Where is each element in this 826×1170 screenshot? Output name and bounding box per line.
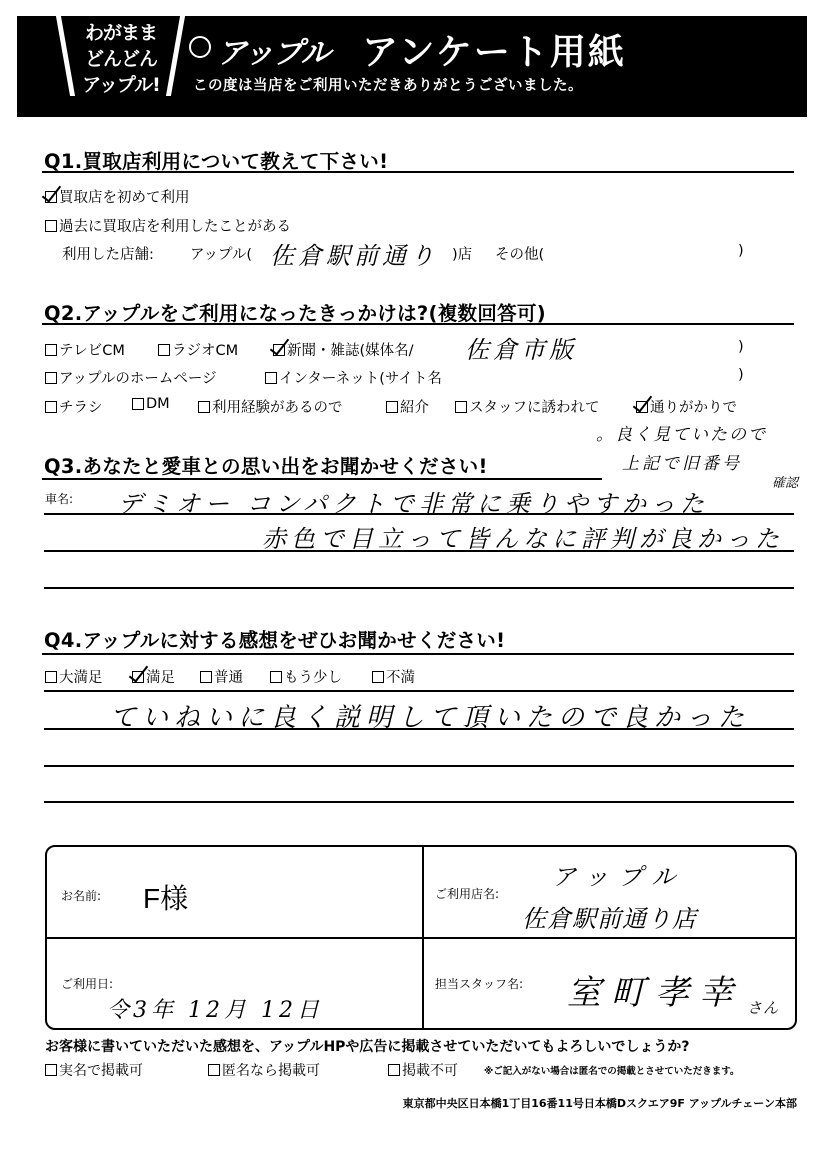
staff-label: 担当スタッフ名: [435, 975, 523, 992]
checkbox-checked[interactable] [132, 671, 144, 683]
q1-store-suffix: )店 [452, 243, 472, 264]
checkbox[interactable] [45, 372, 57, 384]
option-label: 普通 [214, 666, 243, 687]
option-label: スタッフに誘われて [469, 396, 600, 417]
footer-address: 東京都中央区日本橋1丁目16番11号日本橋Dスクエア9F アップルチェーン本部 [403, 1095, 797, 1111]
page-title: アンケート用紙 [362, 24, 626, 75]
q4-option-very-satisfied[interactable]: 大満足 [45, 666, 103, 687]
consent-option-no-publish[interactable]: 掲載不可 [388, 1060, 458, 1080]
handwritten-note-3: 確認 [772, 472, 798, 491]
q4-title: Q4.アップルに対する感想をぜひお聞かせください! [44, 625, 505, 653]
q2-option-internet[interactable]: インターネット(サイト名 [265, 367, 442, 388]
option-label: チラシ [59, 396, 103, 417]
option-label: 新聞・雑誌(媒体名/ [287, 339, 414, 360]
option-label: 利用経験があるので [212, 396, 343, 417]
q2-option-radio[interactable]: ラジオCM [158, 339, 238, 360]
q2-rule [42, 323, 794, 325]
staff-suffix: さん [747, 997, 779, 1018]
q2-option-newspaper[interactable]: 新聞・雑誌(媒体名/ [273, 339, 414, 360]
answer-rule [44, 690, 794, 692]
name-value[interactable]: F様 [143, 877, 188, 917]
checkbox[interactable] [200, 671, 212, 683]
handwritten-note-2: 上記で旧番号 [622, 449, 742, 474]
answer-rule [44, 765, 794, 767]
checkbox[interactable] [386, 401, 398, 413]
q4-option-somewhat[interactable]: もう少し [270, 666, 342, 687]
checkbox[interactable] [455, 401, 467, 413]
option-label: DM [146, 396, 170, 412]
q1-store-value[interactable]: 佐倉駅前通り [270, 236, 438, 271]
checkbox[interactable] [45, 671, 57, 683]
date-label: ご利用日: [61, 975, 113, 992]
checkbox-checked[interactable] [45, 191, 57, 203]
option-label: 掲載不可 [402, 1060, 458, 1080]
option-label: インターネット(サイト名 [279, 367, 442, 388]
checkbox[interactable] [132, 398, 144, 410]
option-label: 過去に買取店を利用したことがある [59, 215, 291, 236]
consent-option-anonymous[interactable]: 匿名なら掲載可 [208, 1060, 320, 1080]
answer-rule [44, 801, 794, 803]
checkbox-checked[interactable] [273, 344, 285, 356]
checkbox[interactable] [208, 1064, 220, 1076]
q4-option-dissatisfied[interactable]: 不満 [372, 666, 415, 687]
q2-option-passing-by[interactable]: 通りがかりで [636, 396, 737, 417]
option-label: 紹介 [400, 396, 429, 417]
store-label: ご利用店名: [435, 885, 499, 902]
q2-option-referral[interactable]: 紹介 [386, 396, 429, 417]
q1-store-prefix: アップル( [190, 243, 252, 264]
consent-question: お客様に書いていただいた感想を、アップルHPや広告に掲載させていただいてもよろし… [45, 1036, 690, 1056]
q1-other-label: その他( [495, 243, 544, 264]
checkbox[interactable] [265, 372, 277, 384]
slogan-line-3: アップル! [65, 74, 177, 96]
checkbox[interactable] [45, 401, 57, 413]
q3-answer-line-2[interactable]: 赤色で目立って皆んなに評判が良かった [262, 519, 784, 554]
option-label: 匿名なら掲載可 [222, 1060, 320, 1080]
header-banner: わがまま どんどん アップル! アップル アンケート用紙 この度は当店をご利用い… [17, 16, 807, 117]
q2-option-staff[interactable]: スタッフに誘われて [455, 396, 600, 417]
q1-option-used-before[interactable]: 過去に買取店を利用したことがある [45, 215, 291, 236]
logo-text: アップル [217, 28, 330, 72]
option-label: 通りがかりで [650, 396, 737, 417]
q3-car-label: 車名: [45, 490, 73, 507]
slogan-line-1: わがまま [65, 22, 177, 44]
checkbox[interactable] [45, 220, 57, 232]
store-value-line-2[interactable]: 佐倉駅前通り店 [522, 899, 697, 934]
checkbox[interactable] [270, 671, 282, 683]
checkbox[interactable] [198, 401, 210, 413]
q2-title: Q2.アップルをご利用になったきっかけは?(複数回答可) [44, 298, 546, 326]
option-label: 買取店を初めて利用 [59, 186, 190, 207]
q4-option-satisfied[interactable]: 満足 [132, 666, 175, 687]
checkbox-checked[interactable] [636, 401, 648, 413]
slogan-line-2: どんどん [65, 48, 177, 70]
option-label: 満足 [146, 666, 175, 687]
option-label: もう少し [284, 666, 342, 687]
q1-rule [42, 171, 794, 173]
q3-rule [42, 478, 602, 480]
q2-option-flyer[interactable]: チラシ [45, 396, 103, 417]
option-label: 不満 [386, 666, 415, 687]
option-label: 実名で掲載可 [59, 1060, 143, 1080]
q1-option-first-time[interactable]: 買取店を初めて利用 [45, 186, 190, 207]
q1-store-label: 利用した店舗: [62, 243, 154, 264]
checkbox[interactable] [388, 1064, 400, 1076]
handwritten-note-1: 。良く見ていたので [596, 420, 767, 445]
option-label: ラジオCM [172, 339, 238, 360]
apple-logo-icon [189, 36, 211, 58]
q4-rule [42, 653, 794, 655]
checkbox[interactable] [45, 1064, 57, 1076]
name-label: お名前: [61, 887, 101, 904]
checkbox[interactable] [45, 344, 57, 356]
answer-rule [44, 728, 794, 730]
answer-rule [44, 513, 794, 515]
q2-close-paren-2: ) [738, 367, 744, 383]
consent-note: ※ご記入がない場合は匿名での掲載とさせていただきます。 [484, 1063, 739, 1077]
checkbox[interactable] [158, 344, 170, 356]
q2-option-homepage[interactable]: アップルのホームページ [45, 367, 217, 388]
option-label: テレビCM [59, 339, 125, 360]
option-label: 大満足 [59, 666, 103, 687]
answer-rule [44, 587, 794, 589]
q2-option-experience[interactable]: 利用経験があるので [198, 396, 343, 417]
q4-option-average[interactable]: 普通 [200, 666, 243, 687]
q2-option-tv[interactable]: テレビCM [45, 339, 125, 360]
q2-close-paren-1: ) [738, 339, 744, 355]
q1-title: Q1.買取店利用について教えて下さい! [44, 146, 388, 174]
consent-option-real-name[interactable]: 実名で掲載可 [45, 1060, 143, 1080]
answer-rule [44, 550, 794, 552]
page-subtitle: この度は当店をご利用いただきありがとうございました。 [193, 74, 583, 95]
option-label: アップルのホームページ [59, 367, 217, 388]
q1-other-close: ) [738, 243, 744, 259]
staff-value[interactable]: 室町孝幸 [567, 965, 743, 1014]
q3-title: Q3.あなたと愛車との思い出をお聞かせください! [44, 451, 488, 479]
info-divider-horizontal [47, 937, 795, 939]
store-value-line-1[interactable]: アップル [552, 857, 685, 892]
checkbox[interactable] [372, 671, 384, 683]
q2-option-dm[interactable]: DM [132, 396, 170, 412]
q2-media-value[interactable]: 佐倉市版 [465, 330, 577, 365]
date-value[interactable]: 令3年 12月 12日 [107, 993, 323, 1024]
customer-info-box: お名前: F様 ご利用日: 令3年 12月 12日 ご利用店名: アップル 佐倉… [45, 845, 797, 1030]
